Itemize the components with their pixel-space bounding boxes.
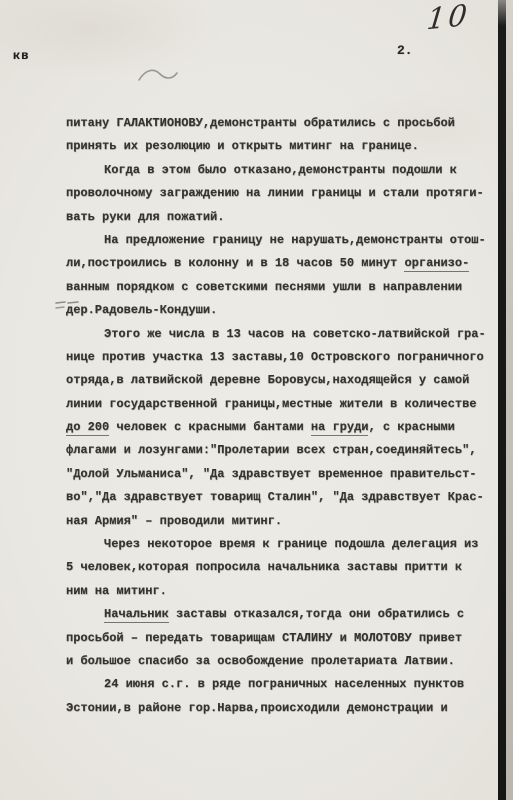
text-line: вать руки для пожатий. bbox=[66, 206, 496, 229]
text-segment: ним на митинг. bbox=[66, 584, 167, 598]
text-line: питану ГАЛАКТИОНОВУ,демонстранты обратил… bbox=[66, 112, 496, 135]
underlined-text-segment: Начальник bbox=[104, 607, 169, 623]
text-segment: "Долой Ульманиса", "Да здравствует време… bbox=[66, 467, 476, 481]
text-segment: ванным порядком с советскими песнями ушл… bbox=[66, 280, 462, 294]
text-line: отряда,в латвийской деревне Боровусы,нах… bbox=[66, 369, 496, 392]
text-line: ним на митинг. bbox=[66, 580, 496, 603]
text-line: нице против участка 13 заставы,10 Остров… bbox=[66, 346, 496, 369]
text-segment: проволочному заграждению на линии границ… bbox=[66, 186, 484, 200]
text-line: до 200 человек с красными бантами на гру… bbox=[66, 416, 496, 439]
text-segment: просьбой – передать товарищам СТАЛИНУ и … bbox=[66, 631, 462, 645]
scan-edge-margin bbox=[506, 0, 513, 800]
scan-edge-bar bbox=[498, 0, 506, 800]
text-line: Эстонии,в районе гор.Нарва,происходили д… bbox=[66, 697, 496, 720]
text-segment: нице против участка 13 заставы,10 Остров… bbox=[66, 350, 484, 364]
handwritten-folio-number: 10 bbox=[425, 0, 471, 37]
text-line: дер.Радовель-Кондуши. bbox=[66, 299, 496, 322]
text-segment: линии государственной границы,местные жи… bbox=[66, 397, 476, 411]
text-line: 5 человек,которая попросила начальника з… bbox=[66, 556, 496, 579]
text-segment: и большое спасибо за освобождение пролет… bbox=[66, 654, 455, 668]
text-line: "Долой Ульманиса", "Да здравствует време… bbox=[66, 463, 496, 486]
typewritten-text: питану ГАЛАКТИОНОВУ,демонстранты обратил… bbox=[66, 112, 496, 720]
text-segment: дер.Радовель-Кондуши. bbox=[66, 303, 217, 317]
text-line: ванным порядком с советскими песнями ушл… bbox=[66, 276, 496, 299]
text-segment: принять их резолюцию и открыть митинг на… bbox=[66, 139, 419, 153]
text-segment: человек с красными бантами bbox=[109, 420, 311, 434]
pencil-squiggle-mark bbox=[136, 65, 180, 87]
text-line: Через некоторое время к границе подошла … bbox=[66, 533, 496, 556]
text-line: ная Армия" – проводили митинг. bbox=[66, 510, 496, 533]
text-line: Начальник заставы отказался,тогда они об… bbox=[66, 603, 496, 626]
text-segment: Когда в этом было отказано,демонстранты … bbox=[104, 163, 457, 177]
text-line: ли,построились в колонну и в 18 часов 50… bbox=[66, 252, 496, 275]
text-segment: заставы отказался,тогда они обратились с bbox=[169, 607, 464, 621]
document-page: кв 10 2. питану ГАЛАКТИОНОВУ,демонстрант… bbox=[0, 0, 513, 800]
text-line: просьбой – передать товарищам СТАЛИНУ и … bbox=[66, 627, 496, 650]
text-segment: во","Да здравствует товарищ Сталин", "Да… bbox=[66, 490, 484, 504]
text-line: флагами и лозунгами:"Пролетарии всех стр… bbox=[66, 439, 496, 462]
underlined-text-segment: на груди bbox=[311, 420, 369, 436]
text-segment: питану ГАЛАКТИОНОВУ,демонстранты обратил… bbox=[66, 116, 455, 130]
text-segment: 24 июня с.г. в ряде пограничных населенн… bbox=[104, 677, 464, 691]
underlined-text-segment: организо- bbox=[404, 256, 469, 272]
text-segment: Через некоторое время к границе подошла … bbox=[104, 537, 478, 551]
text-line: Когда в этом было отказано,демонстранты … bbox=[66, 159, 496, 182]
underlined-text-segment: до 200 bbox=[66, 420, 109, 436]
text-segment: Эстонии,в районе гор.Нарва,происходили д… bbox=[66, 701, 448, 715]
text-segment: 5 человек,которая попросила начальника з… bbox=[66, 560, 462, 574]
text-segment: ная Армия" – проводили митинг. bbox=[66, 514, 282, 528]
page-number: 2. bbox=[397, 43, 413, 58]
text-segment: , с красными bbox=[368, 420, 454, 434]
text-segment: ли,построились в колонну и в 18 часов 50… bbox=[66, 256, 404, 270]
text-line: 24 июня с.г. в ряде пограничных населенн… bbox=[66, 673, 496, 696]
text-line: и большое спасибо за освобождение пролет… bbox=[66, 650, 496, 673]
text-line: На предложение границу не нарушать,демон… bbox=[66, 229, 496, 252]
text-line: линии государственной границы,местные жи… bbox=[66, 393, 496, 416]
text-segment: отряда,в латвийской деревне Боровусы,нах… bbox=[66, 373, 469, 387]
text-line: проволочному заграждению на линии границ… bbox=[66, 182, 496, 205]
text-segment: флагами и лозунгами:"Пролетарии всех стр… bbox=[66, 443, 476, 457]
text-segment: На предложение границу не нарушать,демон… bbox=[104, 233, 486, 247]
text-segment: вать руки для пожатий. bbox=[66, 210, 224, 224]
corner-initials: кв bbox=[13, 49, 29, 63]
text-line: во","Да здравствует товарищ Сталин", "Да… bbox=[66, 486, 496, 509]
text-line: принять их резолюцию и открыть митинг на… bbox=[66, 135, 496, 158]
text-line: Этого же числа в 13 часов на советско-ла… bbox=[66, 323, 496, 346]
text-segment: Этого же числа в 13 часов на советско-ла… bbox=[104, 327, 486, 341]
